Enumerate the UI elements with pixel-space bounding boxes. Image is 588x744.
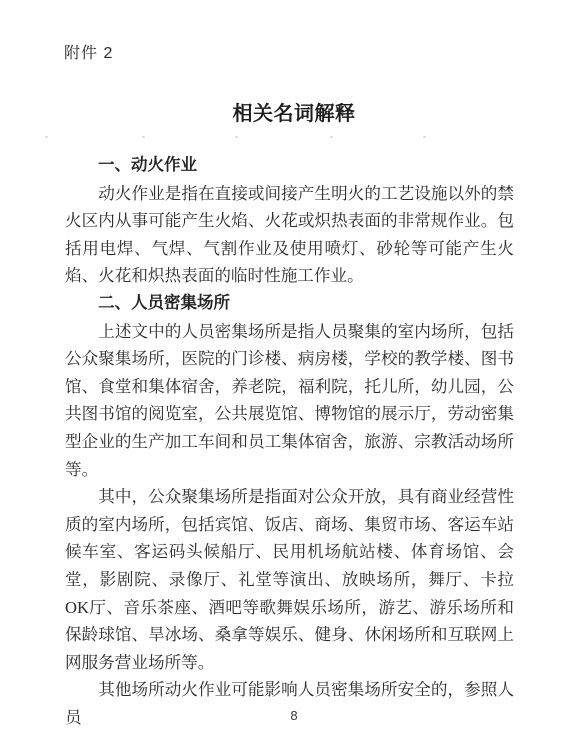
scan-speck (45, 136, 48, 138)
page-number: 8 (0, 708, 588, 723)
scan-speck (330, 136, 333, 138)
attachment-label: 附件 2 (64, 40, 113, 63)
section-1-heading: 一、动火作业 (65, 152, 514, 180)
document-body: 一、动火作业 动火作业是指在直接或间接产生明火的工艺设施以外的禁火区内从事可能产… (65, 152, 514, 731)
page-title: 相关名词解释 (0, 97, 588, 126)
section-2-heading: 二、人员密集场所 (65, 290, 514, 318)
scan-speck (142, 136, 145, 138)
scan-speck (235, 136, 238, 138)
section-1-paragraph: 动火作业是指在直接或间接产生明火的工艺设施以外的禁火区内从事可能产生火焰、火花或… (65, 180, 514, 290)
section-2-paragraph-1: 上述文中的人员密集场所是指人员聚集的室内场所，包括公众聚集场所，医院的门诊楼、病… (65, 318, 514, 484)
scan-artifact-row (0, 135, 588, 138)
scan-speck (423, 136, 426, 138)
document-page: 附件 2 相关名词解释 一、动火作业 动火作业是指在直接或间接产生明火的工艺设施… (0, 0, 588, 744)
section-2-paragraph-2: 其中，公众聚集场所是指面对公众开放，具有商业经营性质的室内场所，包括宾馆、饭店、… (65, 483, 514, 676)
section-2-paragraph-3: 其他场所动火作业可能影响人员密集场所安全的，参照人员 (65, 676, 514, 731)
